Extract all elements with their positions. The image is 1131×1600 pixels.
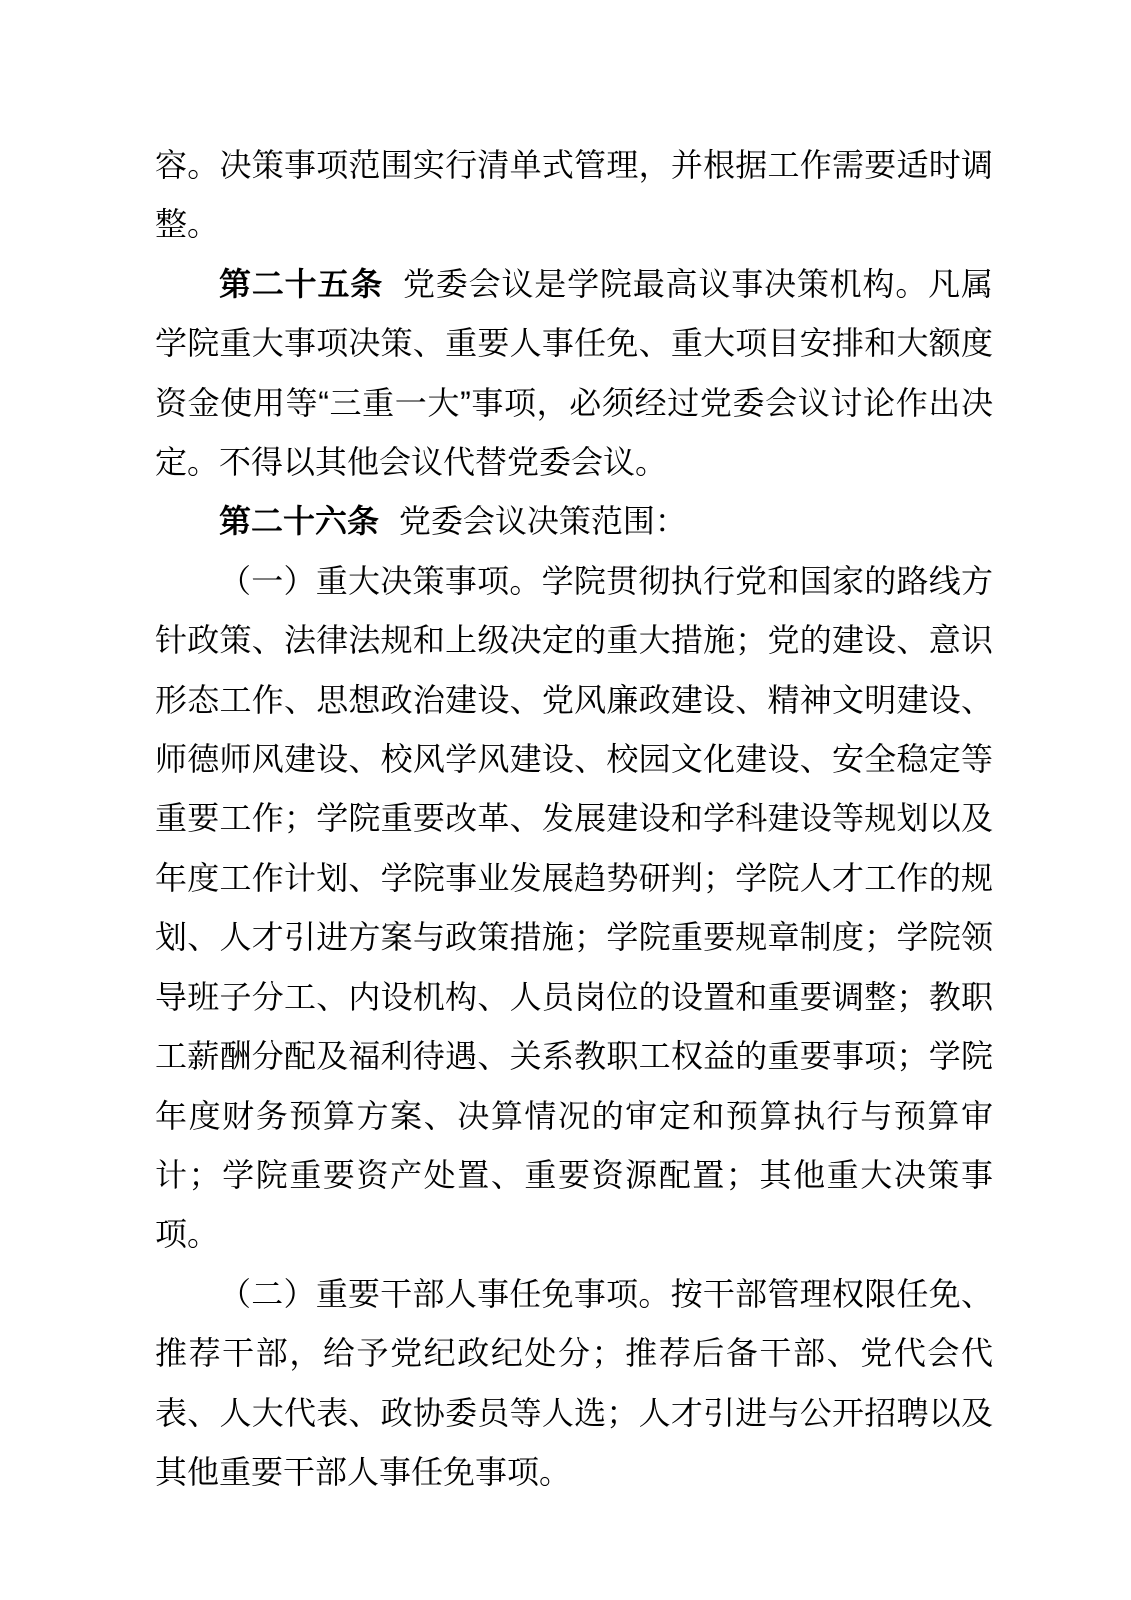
document-page: 容。决策事项范围实行清单式管理，并根据工作需要适时调整。 第二十五条党委会议是学… [0, 0, 1131, 1600]
paragraph-article-25: 第二十五条党委会议是学院最高议事决策机构。凡属学院重大事项决策、重要人事任免、重… [155, 255, 993, 493]
paragraph-text: （一）重大决策事项。学院贯彻执行党和国家的路线方针政策、法律法规和上级决定的重大… [155, 563, 993, 1252]
article-26-number: 第二十六条 [219, 503, 379, 539]
paragraph-text: 容。决策事项范围实行清单式管理，并根据工作需要适时调整。 [155, 147, 993, 242]
paragraph-text: （二）重要干部人事任免事项。按干部管理权限任免、推荐干部，给予党纪政纪处分；推荐… [155, 1276, 993, 1490]
paragraph-item-2: （二）重要干部人事任免事项。按干部管理权限任免、推荐干部，给予党纪政纪处分；推荐… [155, 1265, 993, 1503]
paragraph-article-26: 第二十六条党委会议决策范围： [155, 492, 993, 551]
paragraph-item-1: （一）重大决策事项。学院贯彻执行党和国家的路线方针政策、法律法规和上级决定的重大… [155, 552, 993, 1265]
document-content: 容。决策事项范围实行清单式管理，并根据工作需要适时调整。 第二十五条党委会议是学… [155, 136, 993, 1502]
paragraph-text: 党委会议决策范围： [399, 503, 687, 539]
article-25-number: 第二十五条 [219, 266, 383, 302]
paragraph-continuation: 容。决策事项范围实行清单式管理，并根据工作需要适时调整。 [155, 136, 993, 255]
